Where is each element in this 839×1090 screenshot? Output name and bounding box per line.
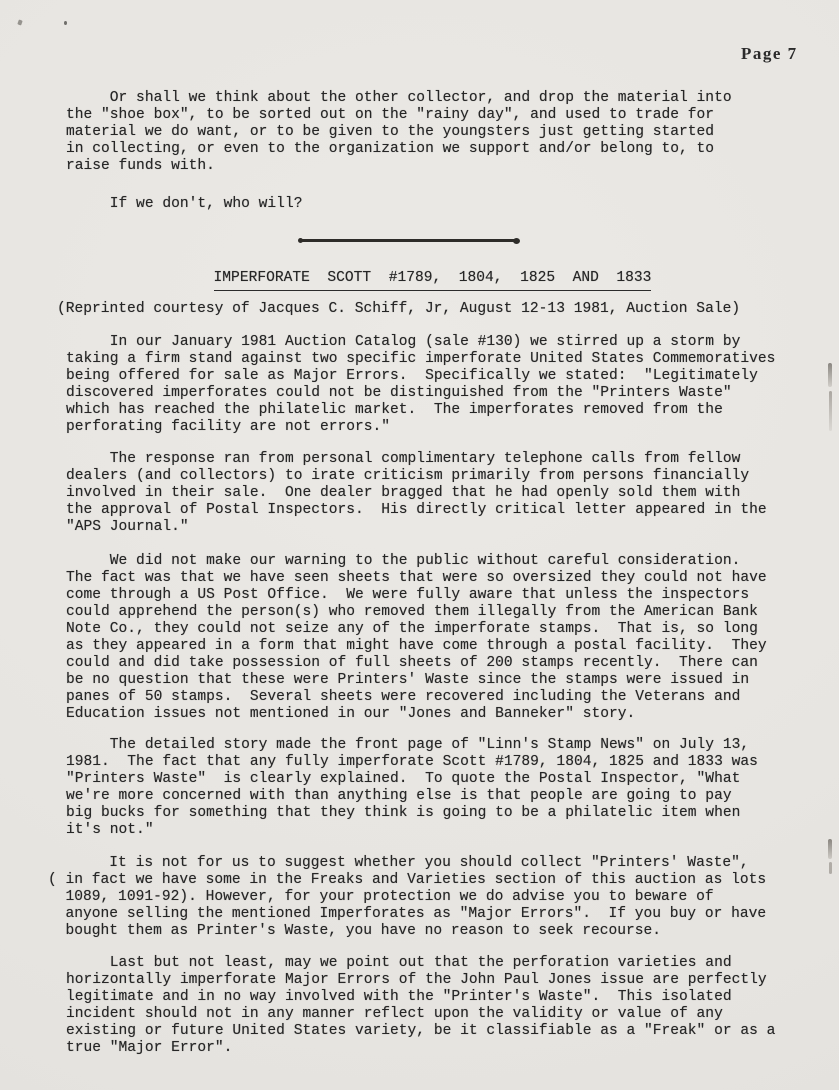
scan-smudge (828, 363, 832, 387)
article-byline: (Reprinted courtesy of Jacques C. Schiff… (57, 301, 740, 318)
scan-smudge (829, 391, 832, 431)
document-page: Page 7 Or shall we think about the other… (0, 0, 839, 1090)
article-title-row: IMPERFORATE SCOTT #1789, 1804, 1825 AND … (0, 268, 839, 291)
article-title: IMPERFORATE SCOTT #1789, 1804, 1825 AND … (214, 270, 652, 291)
article-paragraph-3: We did not make our warning to the publi… (66, 553, 767, 723)
scan-speck (64, 21, 67, 25)
article-paragraph-6: Last but not least, may we point out tha… (66, 955, 775, 1057)
intro-question: If we don't, who will? (66, 196, 302, 213)
article-paragraph-5: It is not for us to suggest whether you … (48, 855, 766, 940)
scan-smudge (828, 839, 832, 859)
scan-smudge (829, 862, 832, 874)
article-paragraph-1: In our January 1981 Auction Catalog (sal… (66, 334, 775, 436)
page-number: Page 7 (741, 44, 798, 64)
scan-speck (17, 19, 22, 25)
section-divider (300, 239, 517, 242)
article-paragraph-4: The detailed story made the front page o… (66, 737, 758, 839)
intro-paragraph: Or shall we think about the other collec… (66, 90, 732, 175)
article-paragraph-2: The response ran from personal complimen… (66, 451, 767, 536)
